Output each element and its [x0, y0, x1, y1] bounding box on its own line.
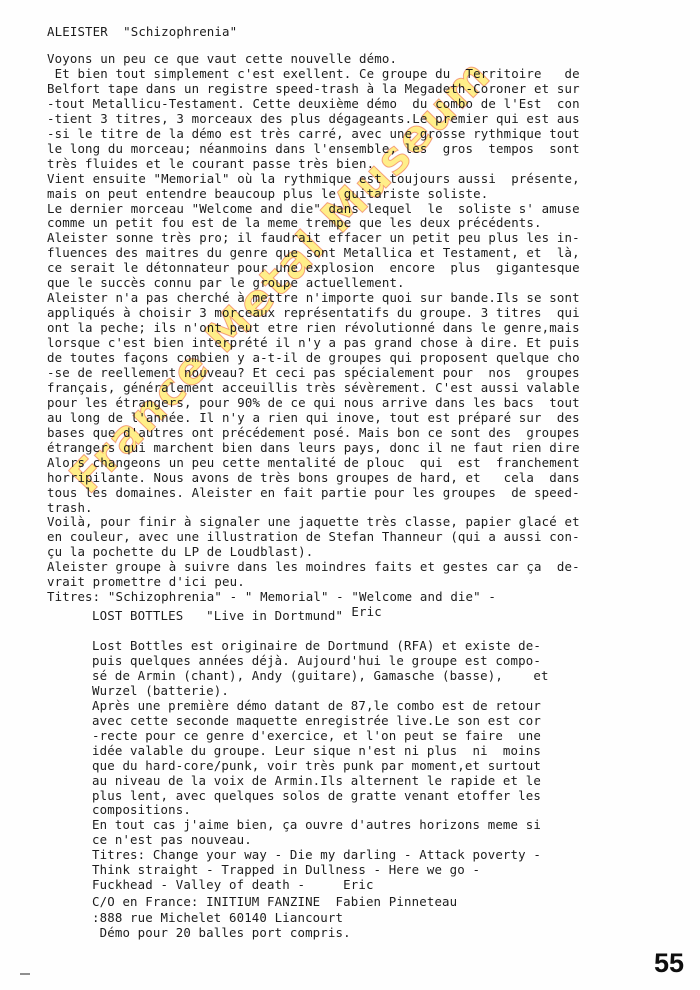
text-line: français, généralement acceuillis très s… [47, 380, 580, 395]
text-line: lorsque c'est bien interprété il n'y a p… [47, 335, 580, 350]
text-line: Belfort tape dans un registre speed-tras… [47, 81, 580, 96]
text-line: le long du morceau; néanmoins dans l'ens… [47, 141, 580, 156]
text-line: Voilà, pour finir à signaler une jaquett… [47, 514, 580, 529]
text-line: C/O en France: INITIUM FANZINE Fabien Pi… [92, 894, 457, 909]
scan-smudge [20, 973, 30, 975]
text-line: Aleister sonne très pro; il faudrait eff… [47, 230, 580, 245]
text-line: Aleister groupe à suivre dans les moindr… [47, 559, 580, 574]
text-line: Et bien tout simplement c'est exellent. … [47, 66, 580, 81]
text-line: Titres: Change your way - Die my darling… [92, 847, 541, 862]
text-line: sé de Armin (chant), Andy (guitare), Gam… [92, 668, 549, 683]
text-line: ce n'est pas nouveau. [92, 832, 252, 847]
review-heading: ALEISTER "Schizophrenia" [47, 24, 237, 39]
text-line: vrait promettre d'ici peu. [47, 574, 245, 589]
text-line: Le dernier morceau "Welcome and die" dan… [47, 201, 580, 216]
text-line: fluences des maitres du genre que sont M… [47, 245, 580, 260]
text-line: -tout Metallicu-Testament. Cette deuxièm… [47, 96, 580, 111]
text-line: Vient ensuite "Memorial" où la rythmique… [47, 171, 580, 186]
text-line: Fuckhead - Valley of death - Eric [92, 877, 374, 892]
text-line: Alors changeons un peu cette mentalité d… [47, 455, 580, 470]
text-line: Aleister n'a pas cherché à mettre n'impo… [47, 290, 580, 305]
review-heading: LOST BOTTLES "Live in Dortmund" [92, 608, 343, 623]
text-line: tous les domaines. Aleister en fait part… [47, 485, 580, 500]
text-line: trash. [47, 500, 93, 515]
text-line: -se de reellement nouveau? Et ceci pas s… [47, 365, 580, 380]
text-line: au niveau de la voix de Armin.Ils altern… [92, 773, 541, 788]
text-line: -recte pour ce genre d'exercice, et l'on… [92, 728, 541, 743]
text-line: ce serait le détonnateur pour une explos… [47, 260, 580, 275]
text-line: Voyons un peu ce que vaut cette nouvelle… [47, 51, 397, 66]
text-line: comme un petit fou est de la meme trempe… [47, 215, 542, 230]
page-number: 55 [654, 948, 684, 979]
text-line: puis quelques années déjà. Aujourd'hui l… [92, 653, 541, 668]
text-line: au long de l'année. Il n'y a rien qui in… [47, 410, 580, 425]
text-line: çu la pochette du LP de Loudblast). [47, 544, 313, 559]
text-line: Lost Bottles est originaire de Dortmund … [92, 638, 541, 653]
text-line: plus lent, avec quelques solos de gratte… [92, 788, 541, 803]
text-line: Démo pour 20 balles port compris. [92, 925, 351, 940]
text-line: pour les étrangers, pour 90% de ce qui n… [47, 395, 580, 410]
text-line: Titres: "Schizophrenia" - " Memorial" - … [47, 589, 496, 604]
text-line: très fluides et le courant passe très bi… [47, 156, 374, 171]
text-line: Wurzel (batterie). [92, 683, 229, 698]
text-line: bases que d'autres ont précédement posé.… [47, 425, 580, 440]
text-line: appliqués à choisir 3 morceaux représent… [47, 305, 580, 320]
text-line: :888 rue Michelet 60140 Liancourt [92, 910, 343, 925]
text-line: avec cette seconde maquette enregistrée … [92, 713, 541, 728]
text-line: En tout cas j'aime bien, ça ouvre d'autr… [92, 817, 541, 832]
text-line: ont la peche; ils n'ont peut etre rien r… [47, 320, 580, 335]
text-line: horripilante. Nous avons de très bons gr… [47, 470, 580, 485]
text-line: -tient 3 titres, 3 morceaux des plus dég… [47, 111, 580, 126]
text-line: en couleur, avec une illustration de Ste… [47, 529, 580, 544]
text-line: -si le titre de la démo est très carré, … [47, 126, 580, 141]
text-line: idée valable du groupe. Leur sique n'est… [92, 743, 541, 758]
text-line: que du hard-core/punk, voir très punk pa… [92, 758, 541, 773]
text-line: Après une première démo datant de 87,le … [92, 698, 541, 713]
text-line: que le succès connu par le groupe actuel… [47, 275, 405, 290]
text-line: de toutes façons combien y a-t-il de gro… [47, 350, 580, 365]
fanzine-page: France Metal Museum ALEISTER "Schizophre… [0, 0, 700, 990]
text-line: Think straight - Trapped in Dullness - H… [92, 862, 480, 877]
text-line: compositions. [92, 802, 191, 817]
text-line: mais on peut entendre beaucoup plus le g… [47, 186, 488, 201]
text-line: étrangers qui marchent bien dans leurs p… [47, 440, 580, 455]
